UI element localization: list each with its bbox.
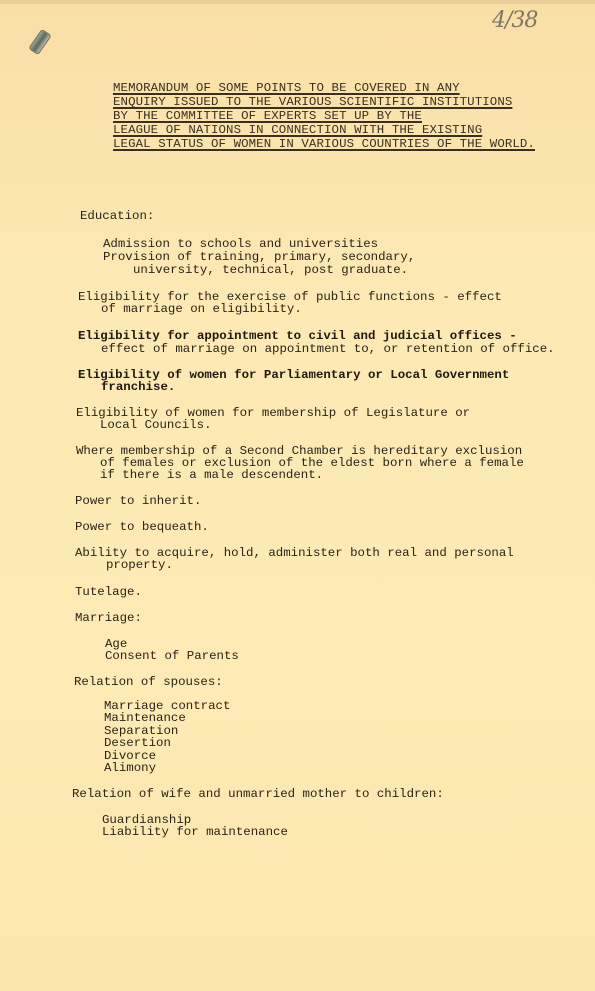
section-heading-relation-to-children: Relation of wife and unmarried mother to… — [72, 788, 444, 801]
list-item-continuation: university, technical, post graduate. — [133, 264, 408, 277]
section-heading-relation-of-spouses: Relation of spouses: — [74, 676, 223, 689]
section-heading-education: Education: — [80, 210, 154, 223]
section-heading-marriage: Marriage: — [75, 612, 142, 625]
memorandum-heading: MEMORANDUM OF SOME POINTS TO BE COVERED … — [113, 81, 535, 151]
list-item: Alimony — [104, 762, 156, 775]
heading-line: MEMORANDUM OF SOME POINTS TO BE COVERED … — [113, 81, 535, 95]
paper-clip-icon — [28, 29, 52, 56]
folio-number: 4/38 — [492, 8, 537, 33]
paragraph-continuation: Local Councils. — [100, 419, 212, 432]
paragraph-continuation: if there is a male descendent. — [100, 469, 323, 482]
heading-line: ENQUIRY ISSUED TO THE VARIOUS SCIENTIFIC… — [113, 95, 535, 109]
paragraph-continuation: property. — [106, 559, 173, 572]
heading-line: LEAGUE OF NATIONS IN CONNECTION WITH THE… — [113, 123, 535, 137]
document-page: 4/38 MEMORANDUM OF SOME POINTS TO BE COV… — [0, 0, 595, 991]
paragraph-continuation: of marriage on eligibility. — [101, 303, 302, 316]
list-item: Consent of Parents — [105, 650, 239, 663]
paragraph: Power to bequeath. — [75, 521, 209, 534]
paragraph: Power to inherit. — [75, 495, 201, 508]
heading-line: BY THE COMMITTEE OF EXPERTS SET UP BY TH… — [113, 109, 535, 123]
list-item: Liability for maintenance — [102, 826, 288, 839]
paragraph-continuation: franchise. — [101, 381, 175, 394]
heading-line: LEGAL STATUS OF WOMEN IN VARIOUS COUNTRI… — [113, 137, 535, 151]
paragraph: Tutelage. — [75, 586, 142, 599]
paragraph-continuation: effect of marriage on appointment to, or… — [101, 343, 555, 356]
